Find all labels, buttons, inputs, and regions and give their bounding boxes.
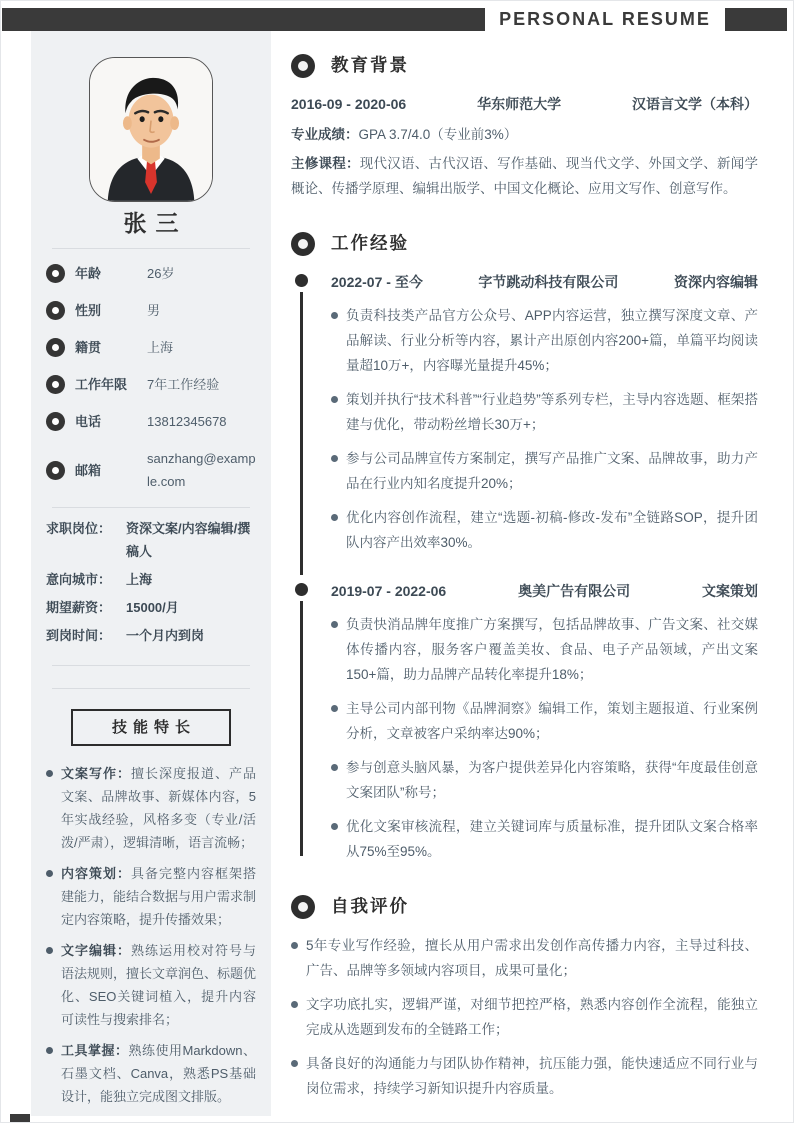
info-label: 年龄 [75,262,147,285]
candidate-name: 张三 [46,212,256,235]
job-company: 字节跳动科技有限公司 [478,270,618,295]
gpa-label: 专业成绩： [291,127,359,142]
pref-row-expected-salary: 期望薪资： 15000/月 [46,596,256,619]
bullet-dot-icon [331,621,338,628]
job-bullet: 负责科技类产品官方公众号、APP内容运营，独立撰写深度文章、产品解读、行业分析等… [331,303,758,378]
record-dot-icon [46,461,65,480]
skill-label: 工具掌握： [61,1043,129,1058]
pref-row-availability: 到岗时间： 一个月内到岗 [46,624,256,647]
info-label: 性别 [75,299,147,322]
divider [52,507,250,508]
skill-item-copywriting: 文案写作：擅长深度报道、产品文案、品牌故事、新媒体内容，5年实战经验，风格多变（… [46,762,256,854]
page-title: PERSONAL RESUME [499,9,711,30]
evaluation-bullet: 5年专业写作经验，擅长从用户需求出发创作高传播力内容，主导过科技、广告、品牌等多… [291,933,758,983]
bullet-dot-icon [331,823,338,830]
bullet-dot-icon [46,947,53,954]
info-label: 籍贯 [75,336,147,359]
job-role: 文案策划 [702,579,758,604]
job-bullet: 参与创意头脑风暴，为客户提供差异化内容策略，获得“年度最佳创意文案团队”称号； [331,755,758,805]
skills-section-title: 技能特长 [71,709,231,746]
info-row-age: 年龄 26岁 [46,262,256,285]
evaluation-bullet: 文字功底扎实，逻辑严谨，对细节把控严格，熟悉内容创作全流程，能独立完成从选题到发… [291,992,758,1042]
job-bullet: 负责快消品牌年度推广方案撰写，包括品牌故事、广告文案、社交媒体传播内容，服务客户… [331,612,758,687]
profile-photo [89,57,213,202]
pref-value: 资深文案/内容编辑/撰稿人 [126,517,256,563]
pref-value: 一个月内到岗 [126,624,256,647]
experience-section: 工作经验 2022-07 - 至今 字节跳动科技有限公司 资深内容编辑 负责科技… [291,231,758,864]
divider [52,665,250,666]
record-dot-icon [46,338,65,357]
education-period: 2016-09 - 2020-06 [291,92,406,117]
evaluation-bullet: 具备良好的沟通能力与团队协作精神，抗压能力强，能快速适应不同行业与岗位需求，持续… [291,1051,758,1101]
job-bullet-text: 负责快消品牌年度推广方案撰写，包括品牌故事、广告文案、社交媒体传播内容，服务客户… [346,612,758,687]
job-bullet-text: 负责科技类产品官方公众号、APP内容运营，独立撰写深度文章、产品解读、行业分析等… [346,303,758,378]
evaluation-bullet-text: 文字功底扎实，逻辑严谨，对细节把控严格，熟悉内容创作全流程，能独立完成从选题到发… [306,992,758,1042]
experience-section-header: 工作经验 [291,231,758,256]
skill-text: 文案写作：擅长深度报道、产品文案、品牌故事、新媒体内容，5年实战经验，风格多变（… [61,762,256,854]
bullet-dot-icon [46,770,53,777]
info-label: 工作年限 [75,373,147,396]
skill-text: 文字编辑：熟练运用校对符号与语法规则，擅长文章润色、标题优化、SEO关键词植入，… [61,939,256,1031]
bullet-dot-icon [331,312,338,319]
job-header-row: 2019-07 - 2022-06 奥美广告有限公司 文案策划 [331,579,758,604]
skill-item-text-editing: 文字编辑：熟练运用校对符号与语法规则，擅长文章润色、标题优化、SEO关键词植入，… [46,939,256,1031]
info-value: 上海 [147,336,256,359]
record-dot-icon [46,375,65,394]
section-title: 工作经验 [331,231,409,256]
education-school: 华东师范大学 [477,92,561,117]
education-section: 教育背景 2016-09 - 2020-06 华东师范大学 汉语言文学（本科） … [291,53,758,201]
evaluation-bullet-text: 具备良好的沟通能力与团队协作精神，抗压能力强，能快速适应不同行业与岗位需求，持续… [306,1051,758,1101]
job-bullet: 优化内容创作流程，建立“选题-初稿-修改-发布”全链路SOP，提升团队内容产出效… [331,505,758,555]
courses-label: 主修课程： [291,156,360,171]
divider [52,248,250,249]
education-summary-row: 2016-09 - 2020-06 华东师范大学 汉语言文学（本科） [291,92,758,117]
education-section-header: 教育背景 [291,53,758,78]
section-title: 教育背景 [331,53,409,78]
info-row-email: 邮箱 sanzhang@example.com [46,447,256,493]
pref-label: 求职岗位： [46,517,126,563]
info-row-phone: 电话 13812345678 [46,410,256,433]
info-value: 7年工作经验 [147,373,256,396]
bullet-dot-icon [291,1060,298,1067]
job-bullet: 策划并执行“技术科普”“行业趋势”等系列专栏，主导内容选题、框架搭建与优化，带动… [331,387,758,437]
evaluation-bullet-text: 5年专业写作经验，擅长从用户需求出发创作高传播力内容，主导过科技、广告、品牌等多… [306,933,758,983]
record-dot-icon [46,264,65,283]
info-value: 26岁 [147,262,256,285]
pref-label: 到岗时间： [46,624,126,647]
timeline-line [300,292,303,575]
job-bullet-text: 参与公司品牌宣传方案制定，撰写产品推广文案、品牌故事，助力产品在行业内知名度提升… [346,446,758,496]
sidebar: 张三 年龄 26岁 性别 男 籍贯 上海 工作年限 7年工作经验 [31,31,271,1116]
email-value: sanzhang@example.com [147,447,256,493]
skill-item-content-planning: 内容策划：具备完整内容框架搭建能力，能结合数据与用户需求制定内容策略，提升传播效… [46,862,256,931]
record-dot-icon [46,412,65,431]
divider [52,688,250,689]
job-bullet-text: 优化内容创作流程，建立“选题-初稿-修改-发布”全链路SOP，提升团队内容产出效… [346,505,758,555]
bullet-dot-icon [331,396,338,403]
section-dot-icon [291,54,315,78]
pref-row-target-city: 意向城市： 上海 [46,568,256,591]
education-major: 汉语言文学（本科） [632,92,758,117]
skills-list: 文案写作：擅长深度报道、产品文案、品牌故事、新媒体内容，5年实战经验，风格多变（… [46,762,256,1108]
timeline-dot-icon [295,274,308,287]
job-period: 2022-07 - 至今 [331,270,423,295]
section-dot-icon [291,232,315,256]
bullet-dot-icon [331,455,338,462]
info-value: 男 [147,299,256,322]
pref-row-target-position: 求职岗位： 资深文案/内容编辑/撰稿人 [46,517,256,563]
job-preferences: 求职岗位： 资深文案/内容编辑/撰稿人 意向城市： 上海 期望薪资： 15000… [46,517,256,647]
main-content: 教育背景 2016-09 - 2020-06 华东师范大学 汉语言文学（本科） … [291,53,758,1123]
timeline-dot-icon [295,583,308,596]
job-bullet: 优化文案审核流程，建立关键词库与质量标准，提升团队文案合格率从75%至95%。 [331,814,758,864]
bullet-dot-icon [46,870,53,877]
info-label: 邮箱 [75,459,147,482]
header-title-box: PERSONAL RESUME [485,1,725,37]
resume-page: PERSONAL RESUME [0,0,794,1123]
avatar-illustration [90,58,212,201]
timeline-line [300,601,303,856]
footer-accent-bar [10,1114,30,1122]
bullet-dot-icon [291,1001,298,1008]
section-dot-icon [291,895,315,919]
skill-item-tools: 工具掌握：熟练使用Markdown、石墨文档、Canva，熟悉PS基础设计，能独… [46,1039,256,1108]
education-gpa-row: 专业成绩：GPA 3.7/4.0（专业前3%） [291,122,758,147]
skill-label: 文字编辑： [61,943,131,958]
job-entry-bytedance: 2022-07 - 至今 字节跳动科技有限公司 资深内容编辑 负责科技类产品官方… [291,270,758,555]
pref-value: 上海 [126,568,256,591]
skill-label: 内容策划： [61,866,131,881]
job-bullet: 参与公司品牌宣传方案制定，撰写产品推广文案、品牌故事，助力产品在行业内知名度提升… [331,446,758,496]
gpa-value: GPA 3.7/4.0（专业前3%） [359,127,518,142]
pref-value: 15000/月 [126,596,256,619]
job-bullet-text: 策划并执行“技术科普”“行业趋势”等系列专栏，主导内容选题、框架搭建与优化，带动… [346,387,758,437]
bullet-dot-icon [331,514,338,521]
info-row-hometown: 籍贯 上海 [46,336,256,359]
bullet-dot-icon [331,705,338,712]
skill-label: 文案写作： [61,766,131,781]
job-period: 2019-07 - 2022-06 [331,579,446,604]
self-evaluation-section: 自我评价 5年专业写作经验，擅长从用户需求出发创作高传播力内容，主导过科技、广告… [291,894,758,1101]
job-bullet-text: 优化文案审核流程，建立关键词库与质量标准，提升团队文案合格率从75%至95%。 [346,814,758,864]
job-bullet-text: 主导公司内部刊物《品牌洞察》编辑工作，策划主题报道、行业案例分析，文章被客户采纳… [346,696,758,746]
self-evaluation-section-header: 自我评价 [291,894,758,919]
skill-text: 工具掌握：熟练使用Markdown、石墨文档、Canva，熟悉PS基础设计，能独… [61,1039,256,1108]
job-role: 资深内容编辑 [674,270,758,295]
bullet-dot-icon [291,942,298,949]
job-header-row: 2022-07 - 至今 字节跳动科技有限公司 资深内容编辑 [331,270,758,295]
bullet-dot-icon [46,1047,53,1054]
job-bullet: 主导公司内部刊物《品牌洞察》编辑工作，策划主题报道、行业案例分析，文章被客户采纳… [331,696,758,746]
personal-info-list: 年龄 26岁 性别 男 籍贯 上海 工作年限 7年工作经验 电话 138 [46,262,256,493]
info-label: 电话 [75,410,147,433]
section-title: 自我评价 [331,894,409,919]
bullet-dot-icon [331,764,338,771]
phone-value: 13812345678 [147,410,256,433]
record-dot-icon [46,301,65,320]
job-entry-ogilvy: 2019-07 - 2022-06 奥美广告有限公司 文案策划 负责快消品牌年度… [291,579,758,864]
education-courses-row: 主修课程：现代汉语、古代汉语、写作基础、现当代文学、外国文学、新闻学概论、传播学… [291,151,758,201]
info-row-gender: 性别 男 [46,299,256,322]
pref-label: 期望薪资： [46,596,126,619]
skill-text: 内容策划：具备完整内容框架搭建能力，能结合数据与用户需求制定内容策略，提升传播效… [61,862,256,931]
courses-value: 现代汉语、古代汉语、写作基础、现当代文学、外国文学、新闻学概论、传播学原理、编辑… [291,156,758,196]
pref-label: 意向城市： [46,568,126,591]
job-bullet-text: 参与创意头脑风暴，为客户提供差异化内容策略，获得“年度最佳创意文案团队”称号； [346,755,758,805]
info-row-experience-years: 工作年限 7年工作经验 [46,373,256,396]
job-company: 奥美广告有限公司 [518,579,630,604]
